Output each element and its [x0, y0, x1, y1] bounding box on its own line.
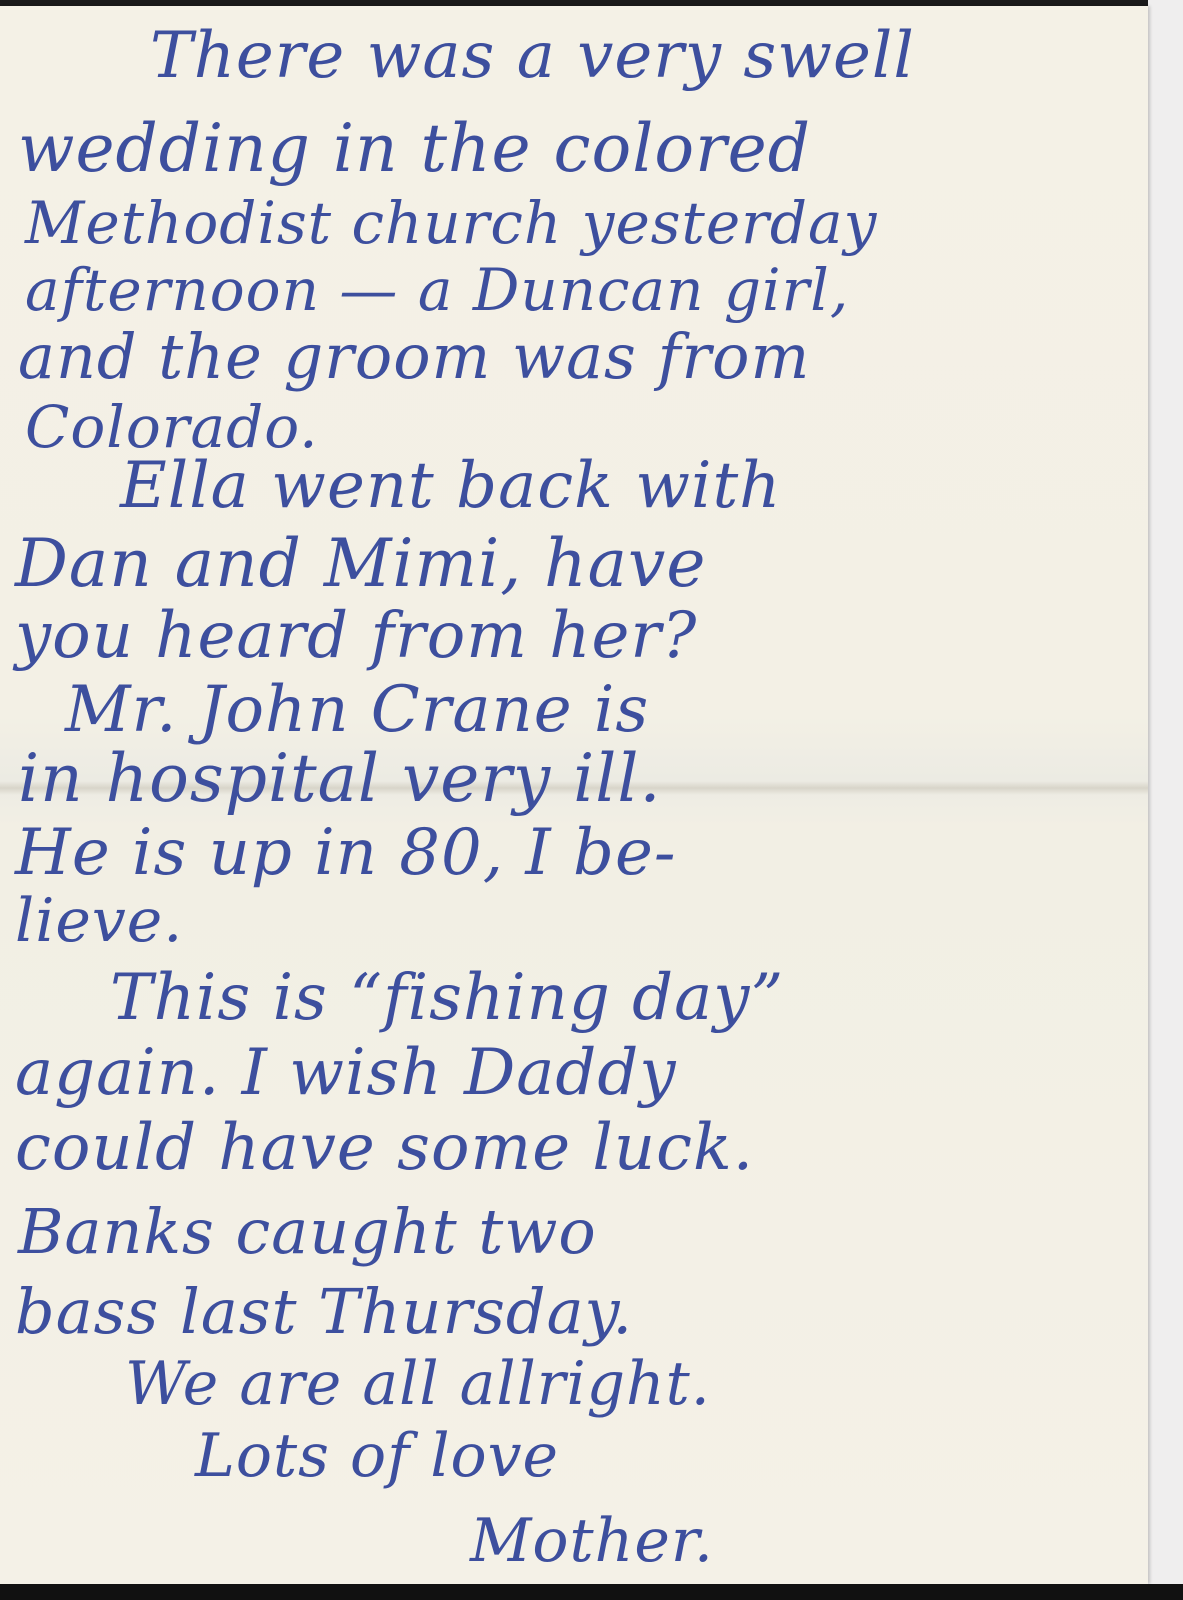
letter-line: Mr. John Crane is: [65, 678, 649, 742]
letter-line: in hospital very ill.: [18, 746, 662, 812]
letter-line: Banks caught two: [18, 1201, 597, 1263]
letter-line: He is up in 80, I be-: [15, 821, 676, 885]
letter-page: There was a very swell wedding in the co…: [0, 6, 1148, 1584]
letter-line: Colorado.: [25, 398, 319, 456]
scan-bottom-border: [0, 1584, 1183, 1600]
letter-line: afternoon — a Duncan girl,: [25, 261, 849, 319]
letter-line: lieve.: [15, 891, 183, 951]
letter-line: Methodist church yesterday: [25, 194, 877, 252]
letter-line: Ella went back with: [120, 454, 781, 518]
letter-line: wedding in the colored: [18, 116, 811, 182]
letter-line: again. I wish Daddy: [15, 1041, 677, 1105]
letter-line: Dan and Mimi, have: [15, 531, 706, 597]
scan-background: [1148, 0, 1183, 1600]
letter-line: Lots of love: [195, 1426, 559, 1486]
letter-line: could have some luck.: [15, 1116, 754, 1180]
letter-line: you heard from her?: [15, 604, 697, 668]
letter-line: This is “fishing day”: [110, 966, 784, 1030]
letter-line: bass last Thursday.: [15, 1281, 633, 1343]
letter-line: and the groom was from: [18, 326, 810, 388]
letter-line: There was a very swell: [150, 24, 915, 88]
letter-line: We are all allright.: [125, 1354, 711, 1414]
letter-signature: Mother.: [470, 1511, 714, 1571]
